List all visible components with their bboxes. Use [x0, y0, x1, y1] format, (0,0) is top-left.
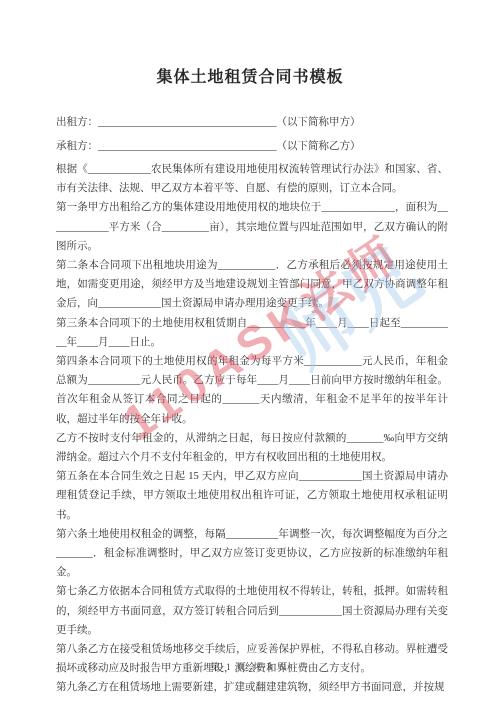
contract-page: 师兄 110ASK法师 集体土地租赁合同书模板 出租方：____________…	[0, 0, 500, 706]
clause-3-paragraph: 第三条本合同项下的土地使用权租赁期自___________年____月____日…	[56, 314, 448, 352]
document-title: 集体土地租赁合同书模板	[0, 0, 500, 87]
clause-4-paragraph: 第四条本合同项下的土地使用权的年租金为每平方米___________元人民币，年…	[56, 352, 448, 429]
clause-1-paragraph: 第一条甲方出租给乙方的集体建设用地使用权的地块位于______________，…	[56, 198, 448, 256]
clause-6-paragraph: 第六条土地使用权租金的调整，每隔__________年调整一次，每次调整幅度为百…	[56, 525, 448, 583]
clause-9-paragraph: 第九条乙方在租赁场地上需要新建，扩建或翻建建筑物，须经甲方书面同意，并按规	[56, 678, 448, 697]
contract-body: 出租方：__________________________________（以…	[56, 112, 448, 698]
page-number: 第 1 页 共 3 页	[0, 660, 500, 673]
clause-4-penalty-paragraph: 乙方不按时支付年租金的，从滞纳之日起，每日按应付款额的_______‰向甲方交纳…	[56, 429, 448, 467]
lessee-line: 承租方：__________________________________（以…	[56, 136, 448, 158]
lessor-line: 出租方：__________________________________（以…	[56, 112, 448, 134]
clause-2-paragraph: 第二条本合同项下出租地块用途为___________．乙方承租后必须按规定用途使…	[56, 256, 448, 314]
clause-7-paragraph: 第七条乙方依据本合同租赁方式取得的土地使用权不得转让，转租，抵押。如需转租的，须…	[56, 582, 448, 640]
preamble-paragraph: 根据《____________农民集体所有建设用地使用权流转管理试行办法》和国家…	[56, 160, 448, 198]
clause-5-paragraph: 第五条在本合同生效之日起 15 天内，甲乙双方应向____________国土资…	[56, 467, 448, 525]
